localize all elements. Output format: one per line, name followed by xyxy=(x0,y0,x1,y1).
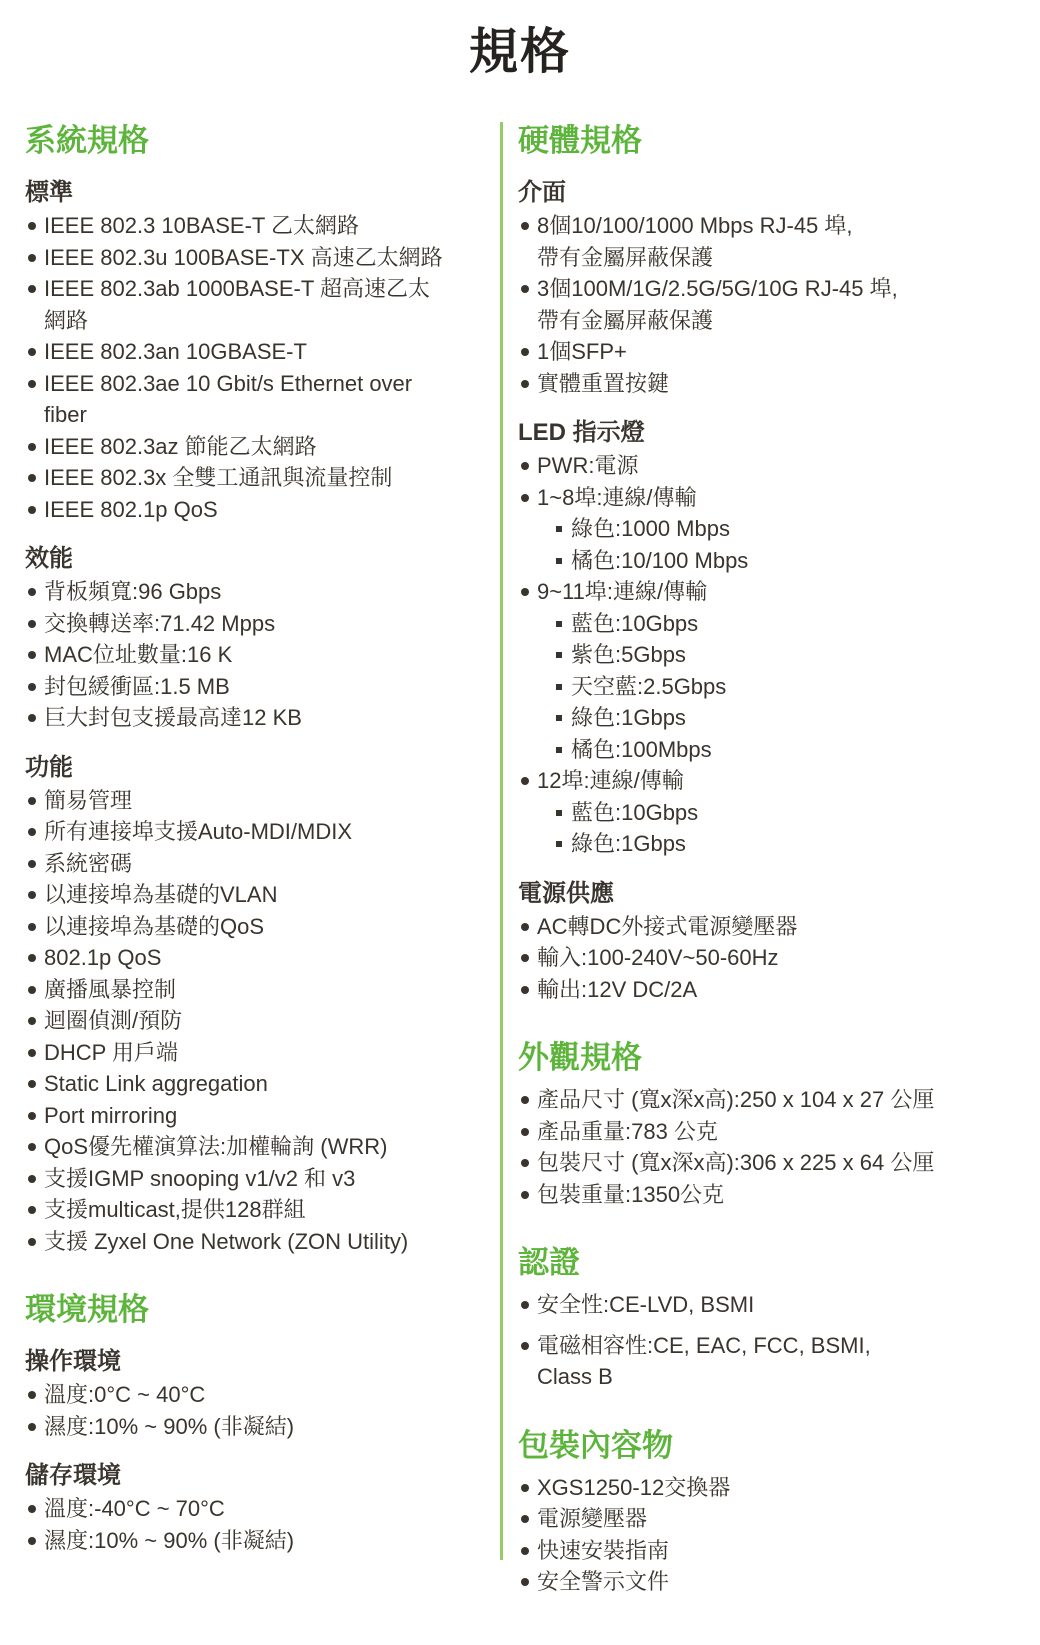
spec-item-text: Static Link aggregation xyxy=(44,1071,268,1096)
spec-item: 安全性:CE-LVD, BSMI xyxy=(518,1289,1023,1321)
spec-item-text: IEEE 802.3an 10GBASE-T xyxy=(44,339,307,364)
spec-item: 溫度:-40°C ~ 70°C xyxy=(25,1493,480,1525)
spec-item: 802.1p QoS xyxy=(25,942,480,974)
spec-subitem-list: 藍色:10Gbps綠色:1Gbps xyxy=(552,797,1023,860)
section-title-environment-specs: 環境規格 xyxy=(25,1291,480,1328)
spec-item: PWR:電源 xyxy=(518,450,1023,482)
spec-item-text: 濕度:10% ~ 90% (非凝結) xyxy=(44,1414,294,1439)
spec-item: 輸入:100-240V~50-60Hz xyxy=(518,942,1023,974)
spec-item-text: 8個10/100/1000 Mbps RJ-45 埠, 帶有金屬屏蔽保護 xyxy=(537,213,853,270)
spec-item: 封包緩衝區:1.5 MB xyxy=(25,671,480,703)
spec-subitem-text: 綠色:1Gbps xyxy=(571,705,686,730)
spec-item-text: 以連接埠為基礎的VLAN xyxy=(44,882,277,907)
spec-item-text: 背板頻寬:96 Gbps xyxy=(44,579,221,604)
group-heading: 功能 xyxy=(25,752,480,783)
spec-item: QoS優先權演算法:加權輪詢 (WRR) xyxy=(25,1131,480,1163)
spec-item: 濕度:10% ~ 90% (非凝結) xyxy=(25,1411,480,1443)
spec-item-text: IEEE 802.3az 節能乙太網路 xyxy=(44,434,317,459)
spec-item-text: 支援IGMP snooping v1/v2 和 v3 xyxy=(44,1166,355,1191)
spec-item: IEEE 802.3 10BASE-T 乙太網路 xyxy=(25,210,480,242)
spec-subitem-text: 綠色:1Gbps xyxy=(571,831,686,856)
spec-item: XGS1250-12交換器 xyxy=(518,1472,1023,1504)
spec-item: DHCP 用戶端 xyxy=(25,1037,480,1069)
spec-item-text: IEEE 802.3u 100BASE-TX 高速乙太網路 xyxy=(44,245,443,270)
spec-item: 包裝尺寸 (寬x深x高):306 x 225 x 64 公厘 xyxy=(518,1147,1023,1179)
spec-item-text: 快速安裝指南 xyxy=(537,1538,669,1563)
spec-item: 輸出:12V DC/2A xyxy=(518,974,1023,1006)
spec-item: 1個SFP+ xyxy=(518,336,1023,368)
spec-item: 9~11埠:連線/傳輸藍色:10Gbps紫色:5Gbps天空藍:2.5Gbps綠… xyxy=(518,576,1023,765)
spec-item: 簡易管理 xyxy=(25,785,480,817)
spec-subitem: 藍色:10Gbps xyxy=(552,797,1023,829)
spec-item-text: AC轉DC外接式電源變壓器 xyxy=(537,914,797,939)
spec-item: 安全警示文件 xyxy=(518,1566,1023,1598)
spec-item-text: 電磁相容性:CE, EAC, FCC, BSMI, Class B xyxy=(537,1333,871,1390)
spec-item-list: 8個10/100/1000 Mbps RJ-45 埠, 帶有金屬屏蔽保護3個10… xyxy=(518,210,1023,399)
spec-item-text: 封包緩衝區:1.5 MB xyxy=(44,674,230,699)
spec-item: 快速安裝指南 xyxy=(518,1535,1023,1567)
spec-subitem-text: 藍色:10Gbps xyxy=(571,800,698,825)
spec-item: 產品尺寸 (寬x深x高):250 x 104 x 27 公厘 xyxy=(518,1084,1023,1116)
spec-item: 以連接埠為基礎的QoS xyxy=(25,911,480,943)
spec-item-text: 濕度:10% ~ 90% (非凝結) xyxy=(44,1528,294,1553)
spec-item: Static Link aggregation xyxy=(25,1068,480,1100)
section-title-system-specs: 系統規格 xyxy=(25,122,480,159)
spec-item-text: DHCP 用戶端 xyxy=(44,1040,178,1065)
spec-item: 1~8埠:連線/傳輸綠色:1000 Mbps橘色:10/100 Mbps xyxy=(518,482,1023,577)
spec-item: 8個10/100/1000 Mbps RJ-45 埠, 帶有金屬屏蔽保護 xyxy=(518,210,1023,273)
spec-item-list: 簡易管理所有連接埠支援Auto-MDI/MDIX系統密碼以連接埠為基礎的VLAN… xyxy=(25,785,480,1258)
spec-item: 交換轉送率:71.42 Mpps xyxy=(25,608,480,640)
group-heading: 介面 xyxy=(518,177,1023,208)
spec-item-text: 3個100M/1G/2.5G/5G/10G RJ-45 埠, 帶有金屬屏蔽保護 xyxy=(537,276,898,333)
spec-item-text: 支援multicast,提供128群組 xyxy=(44,1197,306,1222)
spec-item-text: PWR:電源 xyxy=(537,453,638,478)
spec-item: IEEE 802.1p QoS xyxy=(25,494,480,526)
spec-item: 支援multicast,提供128群組 xyxy=(25,1194,480,1226)
section-hardware-specs: 硬體規格介面8個10/100/1000 Mbps RJ-45 埠, 帶有金屬屏蔽… xyxy=(518,122,1023,1005)
spec-item: 3個100M/1G/2.5G/5G/10G RJ-45 埠, 帶有金屬屏蔽保護 xyxy=(518,273,1023,336)
spec-subitem-text: 橘色:10/100 Mbps xyxy=(571,548,748,573)
section-certifications: 認證安全性:CE-LVD, BSMI電磁相容性:CE, EAC, FCC, BS… xyxy=(518,1244,1023,1393)
section-title-package-contents: 包裝內容物 xyxy=(518,1427,1023,1464)
spec-item-text: 支援 Zyxel One Network (ZON Utility) xyxy=(44,1229,408,1254)
left-column: 系統規格標準IEEE 802.3 10BASE-T 乙太網路IEEE 802.3… xyxy=(25,122,480,1556)
spec-item: IEEE 802.3az 節能乙太網路 xyxy=(25,431,480,463)
spec-item-text: IEEE 802.3ab 1000BASE-T 超高速乙太 網路 xyxy=(44,276,430,333)
spec-subitem-text: 天空藍:2.5Gbps xyxy=(571,674,726,699)
spec-item: MAC位址數量:16 K xyxy=(25,639,480,671)
section-title-hardware-specs: 硬體規格 xyxy=(518,122,1023,159)
spec-subitem-text: 綠色:1000 Mbps xyxy=(571,516,730,541)
spec-item-text: 簡易管理 xyxy=(44,788,132,813)
spec-item: 電源變壓器 xyxy=(518,1503,1023,1535)
spec-item: AC轉DC外接式電源變壓器 xyxy=(518,911,1023,943)
spec-subitem: 綠色:1000 Mbps xyxy=(552,513,1023,545)
spec-item-text: 802.1p QoS xyxy=(44,945,161,970)
spec-item-text: 廣播風暴控制 xyxy=(44,977,176,1002)
spec-item-text: 系統密碼 xyxy=(44,851,132,876)
spec-item-text: 產品重量:783 公克 xyxy=(537,1119,718,1144)
spec-item-text: 交換轉送率:71.42 Mpps xyxy=(44,611,275,636)
spec-subitem: 天空藍:2.5Gbps xyxy=(552,671,1023,703)
spec-item-text: 電源變壓器 xyxy=(537,1506,647,1531)
section-title-certifications: 認證 xyxy=(518,1244,1023,1281)
spec-item-list: XGS1250-12交換器電源變壓器快速安裝指南安全警示文件 xyxy=(518,1472,1023,1598)
spec-subitem-text: 藍色:10Gbps xyxy=(571,611,698,636)
spec-subitem-list: 綠色:1000 Mbps橘色:10/100 Mbps xyxy=(552,513,1023,576)
spec-subitem: 綠色:1Gbps xyxy=(552,828,1023,860)
spec-item: 廣播風暴控制 xyxy=(25,974,480,1006)
spec-item-text: 安全警示文件 xyxy=(537,1569,669,1594)
spec-item: IEEE 802.3x 全雙工通訊與流量控制 xyxy=(25,462,480,494)
spec-item-text: 9~11埠:連線/傳輸 xyxy=(537,579,707,604)
group-heading: 效能 xyxy=(25,543,480,574)
spec-subitem: 橘色:100Mbps xyxy=(552,734,1023,766)
spec-item: Port mirroring xyxy=(25,1100,480,1132)
spec-item-list: AC轉DC外接式電源變壓器輸入:100-240V~50-60Hz輸出:12V D… xyxy=(518,911,1023,1006)
group-heading: 標準 xyxy=(25,177,480,208)
spec-item: 迴圈偵測/預防 xyxy=(25,1005,480,1037)
spec-item: 電磁相容性:CE, EAC, FCC, BSMI, Class B xyxy=(518,1330,1023,1393)
spec-item-list: IEEE 802.3 10BASE-T 乙太網路IEEE 802.3u 100B… xyxy=(25,210,480,525)
spec-item: 巨大封包支援最高達12 KB xyxy=(25,702,480,734)
spec-item-text: 12埠:連線/傳輸 xyxy=(537,768,684,793)
spec-item-text: QoS優先權演算法:加權輪詢 (WRR) xyxy=(44,1134,387,1159)
spec-item-list: 背板頻寬:96 Gbps交換轉送率:71.42 MppsMAC位址數量:16 K… xyxy=(25,576,480,734)
spec-subitem: 橘色:10/100 Mbps xyxy=(552,545,1023,577)
spec-item: 溫度:0°C ~ 40°C xyxy=(25,1379,480,1411)
spec-item-text: 輸出:12V DC/2A xyxy=(537,977,697,1002)
spec-item: IEEE 802.3ae 10 Gbit/s Ethernet over fib… xyxy=(25,368,480,431)
spec-item-text: 溫度:-40°C ~ 70°C xyxy=(44,1496,225,1521)
spec-item: 產品重量:783 公克 xyxy=(518,1116,1023,1148)
spec-item-list: 產品尺寸 (寬x深x高):250 x 104 x 27 公厘產品重量:783 公… xyxy=(518,1084,1023,1210)
spec-subitem: 藍色:10Gbps xyxy=(552,608,1023,640)
spec-item-list: 溫度:0°C ~ 40°C濕度:10% ~ 90% (非凝結) xyxy=(25,1379,480,1442)
spec-item-text: 所有連接埠支援Auto-MDI/MDIX xyxy=(44,819,352,844)
spec-item-text: IEEE 802.3x 全雙工通訊與流量控制 xyxy=(44,465,392,490)
spec-item: 12埠:連線/傳輸藍色:10Gbps綠色:1Gbps xyxy=(518,765,1023,860)
spec-subitem-list: 藍色:10Gbps紫色:5Gbps天空藍:2.5Gbps綠色:1Gbps橘色:1… xyxy=(552,608,1023,766)
spec-item: IEEE 802.3ab 1000BASE-T 超高速乙太 網路 xyxy=(25,273,480,336)
right-column: 硬體規格介面8個10/100/1000 Mbps RJ-45 埠, 帶有金屬屏蔽… xyxy=(503,122,1023,1598)
spec-item-text: 實體重置按鍵 xyxy=(537,371,669,396)
section-package-contents: 包裝內容物XGS1250-12交換器電源變壓器快速安裝指南安全警示文件 xyxy=(518,1427,1023,1598)
spec-item-list: 安全性:CE-LVD, BSMI電磁相容性:CE, EAC, FCC, BSMI… xyxy=(518,1289,1023,1393)
section-system-specs: 系統規格標準IEEE 802.3 10BASE-T 乙太網路IEEE 802.3… xyxy=(25,122,480,1257)
spec-item: IEEE 802.3an 10GBASE-T xyxy=(25,336,480,368)
spec-item-text: 溫度:0°C ~ 40°C xyxy=(44,1382,205,1407)
spec-item-text: IEEE 802.1p QoS xyxy=(44,497,218,522)
spec-item-text: 巨大封包支援最高達12 KB xyxy=(44,705,302,730)
spec-item-text: 輸入:100-240V~50-60Hz xyxy=(537,945,779,970)
spec-item: 所有連接埠支援Auto-MDI/MDIX xyxy=(25,816,480,848)
section-appearance-specs: 外觀規格產品尺寸 (寬x深x高):250 x 104 x 27 公厘產品重量:7… xyxy=(518,1039,1023,1210)
spec-subitem-text: 紫色:5Gbps xyxy=(571,642,686,667)
spec-item-list: 溫度:-40°C ~ 70°C濕度:10% ~ 90% (非凝結) xyxy=(25,1493,480,1556)
spec-subitem-text: 橘色:100Mbps xyxy=(571,737,712,762)
spec-item-text: IEEE 802.3 10BASE-T 乙太網路 xyxy=(44,213,359,238)
spec-item: 系統密碼 xyxy=(25,848,480,880)
spec-item-text: 1個SFP+ xyxy=(537,339,627,364)
spec-columns: 系統規格標準IEEE 802.3 10BASE-T 乙太網路IEEE 802.3… xyxy=(0,122,1040,1598)
spec-subitem: 紫色:5Gbps xyxy=(552,639,1023,671)
spec-item-list: PWR:電源1~8埠:連線/傳輸綠色:1000 Mbps橘色:10/100 Mb… xyxy=(518,450,1023,860)
spec-item-text: IEEE 802.3ae 10 Gbit/s Ethernet over fib… xyxy=(44,371,412,428)
spec-item-text: 安全性:CE-LVD, BSMI xyxy=(537,1292,754,1317)
spec-item: 包裝重量:1350公克 xyxy=(518,1179,1023,1211)
spec-sheet-page: 規格 系統規格標準IEEE 802.3 10BASE-T 乙太網路IEEE 80… xyxy=(0,0,1040,1645)
spec-item-text: MAC位址數量:16 K xyxy=(44,642,232,667)
group-heading: 電源供應 xyxy=(518,878,1023,909)
section-title-appearance-specs: 外觀規格 xyxy=(518,1039,1023,1076)
group-heading: LED 指示燈 xyxy=(518,417,1023,448)
spec-item-text: 迴圈偵測/預防 xyxy=(44,1008,182,1033)
group-heading: 儲存環境 xyxy=(25,1460,480,1491)
spec-subitem: 綠色:1Gbps xyxy=(552,702,1023,734)
spec-item-text: 以連接埠為基礎的QoS xyxy=(44,914,264,939)
spec-item: 支援IGMP snooping v1/v2 和 v3 xyxy=(25,1163,480,1195)
spec-item: 背板頻寬:96 Gbps xyxy=(25,576,480,608)
spec-item: 以連接埠為基礎的VLAN xyxy=(25,879,480,911)
spec-item: 支援 Zyxel One Network (ZON Utility) xyxy=(25,1226,480,1258)
spec-item-text: XGS1250-12交換器 xyxy=(537,1475,730,1500)
spec-item-text: Port mirroring xyxy=(44,1103,177,1128)
spec-item: 實體重置按鍵 xyxy=(518,368,1023,400)
spec-item-text: 包裝尺寸 (寬x深x高):306 x 225 x 64 公厘 xyxy=(537,1150,934,1175)
spec-item: 濕度:10% ~ 90% (非凝結) xyxy=(25,1525,480,1557)
group-heading: 操作環境 xyxy=(25,1346,480,1377)
section-environment-specs: 環境規格操作環境溫度:0°C ~ 40°C濕度:10% ~ 90% (非凝結)儲… xyxy=(25,1291,480,1556)
spec-item-text: 1~8埠:連線/傳輸 xyxy=(537,485,697,510)
spec-item-text: 產品尺寸 (寬x深x高):250 x 104 x 27 公厘 xyxy=(537,1087,934,1112)
spec-item: IEEE 802.3u 100BASE-TX 高速乙太網路 xyxy=(25,242,480,274)
page-title: 規格 xyxy=(0,0,1040,78)
spec-item-text: 包裝重量:1350公克 xyxy=(537,1182,724,1207)
